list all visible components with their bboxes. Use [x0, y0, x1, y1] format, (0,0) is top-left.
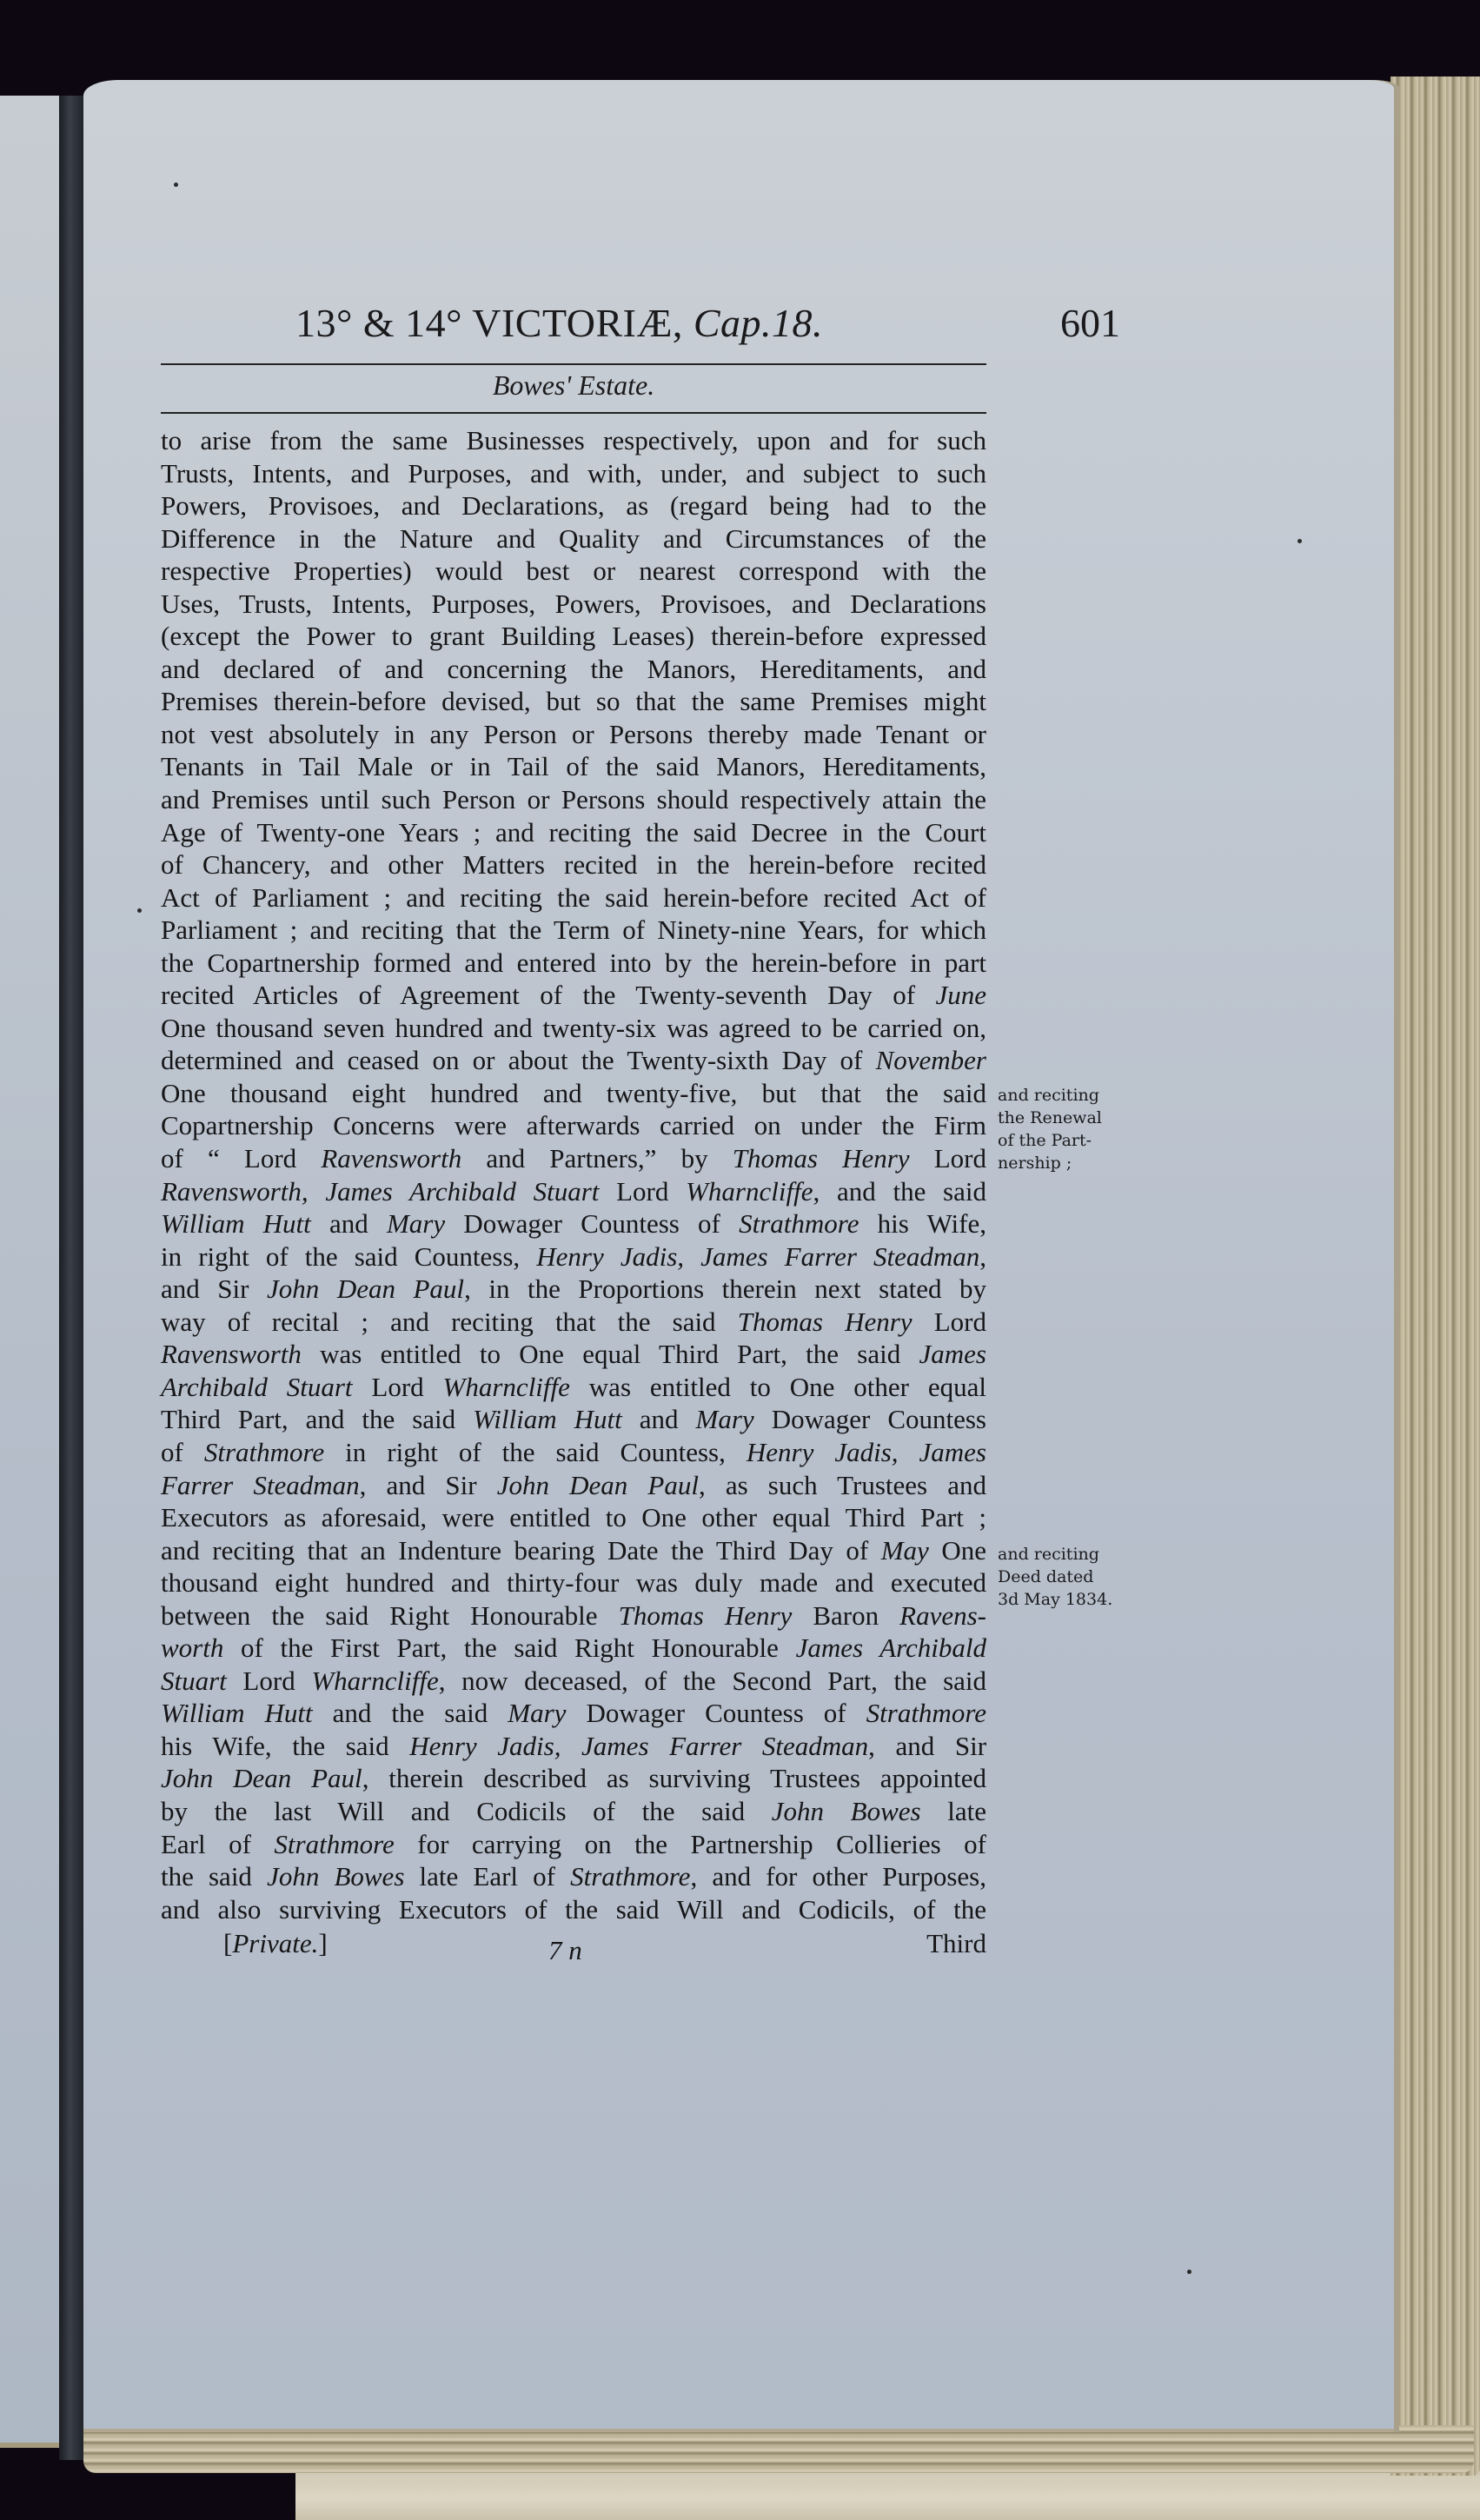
text-line: between the said Right Honourable Thomas… — [161, 1599, 986, 1632]
text-line: Tenants in Tail Male or in Tail of the s… — [161, 750, 986, 783]
text-line: Farrer Steadman, and Sir John Dean Paul,… — [161, 1469, 986, 1502]
paper-speck — [174, 183, 178, 187]
page-footer: [Private.] 7 n Third — [161, 1928, 986, 1966]
text-segment: Dowager Countess of — [566, 1698, 866, 1728]
catchword: Third — [926, 1928, 986, 1959]
text-line: the said John Bowes late Earl of Strathm… — [161, 1860, 986, 1893]
text-segment: and Premises until such Person or Person… — [161, 784, 986, 815]
page-stack-bottom — [83, 2425, 1474, 2473]
text-segment: Lord — [353, 1372, 443, 1402]
text-line: Stuart Lord Wharncliffe, now deceased, o… — [161, 1665, 986, 1698]
text-line: the Copartnership formed and entered int… — [161, 947, 986, 980]
italic-name: William Hutt — [161, 1208, 311, 1239]
text-segment: and the said — [313, 1698, 508, 1728]
text-line: by the last Will and Codicils of the sai… — [161, 1795, 986, 1828]
text-segment: to arise from the same Businesses respec… — [161, 425, 986, 455]
text-segment: One thousand seven hundred and twenty-si… — [161, 1013, 986, 1043]
italic-name: Strathmore — [204, 1437, 324, 1467]
text-line: Third Part, and the said William Hutt an… — [161, 1403, 986, 1436]
text-segment: , and for other Purposes, — [690, 1861, 986, 1892]
text-line: Ravensworth, James Archibald Stuart Lord… — [161, 1175, 986, 1208]
text-segment: by the last Will and Codicils of the sai… — [161, 1796, 772, 1826]
text-line: his Wife, the said Henry Jadis, James Fa… — [161, 1730, 986, 1763]
text-segment: between the said Right Honourable — [161, 1600, 619, 1631]
italic-name: John Dean Paul — [161, 1763, 362, 1793]
text-segment: Difference in the Nature and Quality and… — [161, 523, 986, 554]
text-segment: Tenants in Tail Male or in Tail of the s… — [161, 751, 986, 781]
italic-name: Mary — [387, 1208, 445, 1239]
text-segment: Lord — [910, 1143, 986, 1174]
text-line: Powers, Provisoes, and Declarations, as … — [161, 489, 986, 522]
text-line: Age of Twenty-one Years ; and reciting t… — [161, 816, 986, 849]
desk-background — [295, 2469, 1480, 2520]
text-segment: Earl of — [161, 1829, 274, 1859]
text-line: One thousand seven hundred and twenty-si… — [161, 1012, 986, 1045]
italic-name: Strathmore — [570, 1861, 690, 1892]
text-segment: Baron — [792, 1600, 899, 1631]
text-segment: for carrying on the Partnership Collieri… — [395, 1829, 986, 1859]
page-number: 601 — [1060, 300, 1120, 346]
act-chapter: Cap.18. — [694, 301, 823, 345]
header-rule-top — [161, 363, 986, 365]
text-line: in right of the said Countess, Henry Jad… — [161, 1240, 986, 1273]
text-segment: , and the said — [813, 1176, 986, 1207]
text-line: Executors as aforesaid, were entitled to… — [161, 1501, 986, 1534]
body-text: to arise from the same Businesses respec… — [161, 424, 986, 1925]
text-segment: One thousand eight hundred and twenty-fi… — [161, 1078, 986, 1108]
margin-note-renewal: and recitingthe Renewalof the Part-nersh… — [998, 1084, 1137, 1174]
text-segment: and Sir — [161, 1273, 267, 1304]
text-segment: his Wife, the said — [161, 1731, 409, 1761]
text-segment: way of recital ; and reciting that the s… — [161, 1307, 738, 1337]
text-segment: of Chancery, and other Matters recited i… — [161, 849, 986, 880]
italic-name: Wharncliffe — [686, 1176, 813, 1207]
margin-note-line: of the Part- — [998, 1129, 1137, 1152]
text-line: and Premises until such Person or Person… — [161, 783, 986, 816]
italic-name: Stuart — [161, 1666, 227, 1696]
text-segment: , — [979, 1241, 986, 1272]
text-line: of Strathmore in right of the said Count… — [161, 1436, 986, 1469]
act-title: 13° & 14° VICTORIÆ, Cap.18. — [295, 300, 823, 346]
text-segment: Age of Twenty-one Years ; and reciting t… — [161, 817, 986, 848]
text-line: to arise from the same Businesses respec… — [161, 424, 986, 457]
italic-name: Mary — [696, 1404, 754, 1434]
text-line: Ravensworth was entitled to One equal Th… — [161, 1338, 986, 1371]
text-segment: the said — [161, 1861, 267, 1892]
text-segment: Third Part, and the said — [161, 1404, 473, 1434]
text-segment: , now deceased, of the Second Part, the … — [439, 1666, 986, 1696]
text-line: (except the Power to grant Building Leas… — [161, 620, 986, 653]
italic-name: James Archibald — [796, 1632, 986, 1663]
text-segment: and Partners,” by — [461, 1143, 733, 1174]
text-line: thousand eight hundred and thirty-four w… — [161, 1566, 986, 1599]
italic-name: James — [919, 1339, 986, 1369]
private-label: Private. — [232, 1928, 318, 1958]
italic-name: Strathmore — [739, 1208, 859, 1239]
page-stack-edge — [1390, 76, 1480, 2476]
italic-name: June — [935, 980, 986, 1010]
text-line: of “ Lord Ravensworth and Partners,” by … — [161, 1142, 986, 1175]
text-line: way of recital ; and reciting that the s… — [161, 1306, 986, 1339]
text-line: John Dean Paul, therein described as sur… — [161, 1762, 986, 1795]
italic-name: John Bowes — [267, 1861, 404, 1892]
text-segment: One — [929, 1535, 986, 1566]
text-line: and reciting that an Indenture bearing D… — [161, 1534, 986, 1567]
text-segment: determined and ceased on or about the Tw… — [161, 1045, 876, 1075]
margin-note-deed: and recitingDeed dated3d May 1834. — [998, 1543, 1137, 1611]
text-line: Difference in the Nature and Quality and… — [161, 522, 986, 555]
text-line: Premises therein-before devised, but so … — [161, 685, 986, 718]
text-line: Act of Parliament ; and reciting the sai… — [161, 881, 986, 914]
text-line: determined and ceased on or about the Tw… — [161, 1044, 986, 1077]
margin-note-line: the Renewal — [998, 1107, 1137, 1129]
text-segment: of “ Lord — [161, 1143, 321, 1174]
text-line: Trusts, Intents, and Purposes, and with,… — [161, 457, 986, 490]
margin-note-line: and reciting — [998, 1543, 1137, 1566]
margin-note-line: 3d May 1834. — [998, 1588, 1137, 1611]
text-line: and Sir John Dean Paul, in the Proportio… — [161, 1273, 986, 1306]
italic-name: John Dean Paul — [497, 1470, 699, 1500]
text-segment: and — [622, 1404, 696, 1434]
text-segment: late — [921, 1796, 986, 1826]
text-segment: Parliament ; and reciting that the Term … — [161, 914, 986, 945]
italic-name: Strathmore — [866, 1698, 986, 1728]
bracket-open: [ — [223, 1928, 232, 1958]
text-segment: and — [311, 1208, 387, 1239]
text-segment: Dowager Countess of — [445, 1208, 739, 1239]
text-segment: Lord — [227, 1666, 312, 1696]
paper-speck — [1187, 2270, 1191, 2274]
italic-name: Ravensworth, James Archibald Stuart — [161, 1176, 599, 1207]
text-segment: Uses, Trusts, Intents, Purposes, Powers,… — [161, 588, 986, 619]
text-segment: , and Sir — [868, 1731, 986, 1761]
text-segment: Executors as aforesaid, were entitled to… — [161, 1502, 986, 1533]
text-segment: of the First Part, the said Right Honour… — [223, 1632, 795, 1663]
text-segment: in right of the said Countess, — [161, 1241, 536, 1272]
text-segment: was entitled to One other equal — [570, 1372, 986, 1402]
italic-name: William Hutt — [161, 1698, 313, 1728]
page-header: 13° & 14° VICTORIÆ, Cap.18. 601 — [161, 300, 1117, 352]
text-line: One thousand eight hundred and twenty-fi… — [161, 1077, 986, 1110]
text-segment: (except the Power to grant Building Leas… — [161, 621, 986, 651]
text-segment: , as such Trustees and — [699, 1470, 986, 1500]
book-gutter — [59, 96, 83, 2460]
running-head: Bowes' Estate. — [161, 369, 986, 402]
paper-speck — [1297, 539, 1302, 543]
italic-name: Strathmore — [274, 1829, 394, 1859]
text-segment: his Wife, — [859, 1208, 986, 1239]
italic-name: Mary — [508, 1698, 566, 1728]
text-segment: respective Properties) would best or nea… — [161, 555, 986, 586]
margin-note-line: nership ; — [998, 1152, 1137, 1174]
text-segment: Premises therein-before devised, but so … — [161, 686, 986, 716]
bracket-close: ] — [318, 1928, 327, 1958]
italic-name: Ravens- — [899, 1600, 986, 1631]
text-segment: was entitled to One equal Third Part, th… — [302, 1339, 919, 1369]
paper-speck — [137, 908, 142, 913]
italic-name: Wharncliffe — [311, 1666, 438, 1696]
italic-name: Henry Jadis, James — [747, 1437, 986, 1467]
text-segment: , in the Proportions therein next stated… — [464, 1273, 986, 1304]
text-segment: late Earl of — [404, 1861, 570, 1892]
italic-name: November — [876, 1045, 986, 1075]
text-line: of Chancery, and other Matters recited i… — [161, 848, 986, 881]
text-segment: Lord — [913, 1307, 986, 1337]
facing-page-edge — [0, 96, 61, 2448]
margin-note-line: Deed dated — [998, 1566, 1137, 1588]
text-line: respective Properties) would best or nea… — [161, 555, 986, 588]
text-segment: Copartnership Concerns were afterwards c… — [161, 1110, 986, 1140]
italic-name: William Hutt — [473, 1404, 622, 1434]
italic-name: John Dean Paul — [267, 1273, 464, 1304]
text-line: William Hutt and Mary Dowager Countess o… — [161, 1207, 986, 1240]
text-line: Uses, Trusts, Intents, Purposes, Powers,… — [161, 588, 986, 621]
text-segment: in right of the said Countess, — [324, 1437, 747, 1467]
printer-signature: 7 n — [548, 1935, 582, 1966]
text-segment: not vest absolutely in any Person or Per… — [161, 719, 986, 749]
text-segment: , therein described as surviving Trustee… — [362, 1763, 986, 1793]
text-line: Copartnership Concerns were afterwards c… — [161, 1109, 986, 1142]
italic-name: Henry Jadis, James Farrer Steadman — [409, 1731, 868, 1761]
text-segment: Act of Parliament ; and reciting the sai… — [161, 882, 986, 913]
italic-name: John Bowes — [772, 1796, 921, 1826]
italic-name: worth — [161, 1632, 223, 1663]
act-title-main: 13° & 14° VICTORIÆ, — [295, 301, 683, 345]
text-segment: Dowager Countess — [754, 1404, 986, 1434]
text-segment: of — [161, 1437, 204, 1467]
text-line: Earl of Strathmore for carrying on the P… — [161, 1828, 986, 1861]
italic-name: Ravensworth — [321, 1143, 461, 1174]
text-line: not vest absolutely in any Person or Per… — [161, 718, 986, 751]
text-line: and also surviving Executors of the said… — [161, 1893, 986, 1926]
italic-name: Thomas Henry — [738, 1307, 913, 1337]
text-line: recited Articles of Agreement of the Twe… — [161, 979, 986, 1012]
text-segment: Lord — [599, 1176, 686, 1207]
text-segment: and declared of and concerning the Manor… — [161, 654, 986, 684]
text-segment: , and Sir — [360, 1470, 497, 1500]
text-segment: and reciting that an Indenture bearing D… — [161, 1535, 881, 1566]
italic-name: Ravensworth — [161, 1339, 302, 1369]
italic-name: Farrer Steadman — [161, 1470, 360, 1500]
text-segment: Trusts, Intents, and Purposes, and with,… — [161, 458, 986, 489]
text-line: Archibald Stuart Lord Wharncliffe was en… — [161, 1371, 986, 1404]
text-line: William Hutt and the said Mary Dowager C… — [161, 1697, 986, 1730]
text-segment: recited Articles of Agreement of the Twe… — [161, 980, 935, 1010]
italic-name: Henry Jadis, James Farrer Steadman — [536, 1241, 979, 1272]
text-line: Parliament ; and reciting that the Term … — [161, 914, 986, 947]
italic-name: May — [881, 1535, 929, 1566]
text-segment: thousand eight hundred and thirty-four w… — [161, 1567, 986, 1598]
margin-note-line: and reciting — [998, 1084, 1137, 1107]
italic-name: Thomas Henry — [733, 1143, 910, 1174]
italic-name: Wharncliffe — [443, 1372, 570, 1402]
italic-name: Archibald Stuart — [161, 1372, 353, 1402]
text-line: and declared of and concerning the Manor… — [161, 653, 986, 686]
header-rule-bottom — [161, 412, 986, 414]
italic-name: Thomas Henry — [619, 1600, 793, 1631]
text-segment: the Copartnership formed and entered int… — [161, 947, 986, 978]
private-mark: [Private.] — [223, 1928, 328, 1959]
text-segment: Powers, Provisoes, and Declarations, as … — [161, 490, 986, 521]
text-line: worth of the First Part, the said Right … — [161, 1632, 986, 1665]
text-segment: and also surviving Executors of the said… — [161, 1894, 986, 1925]
